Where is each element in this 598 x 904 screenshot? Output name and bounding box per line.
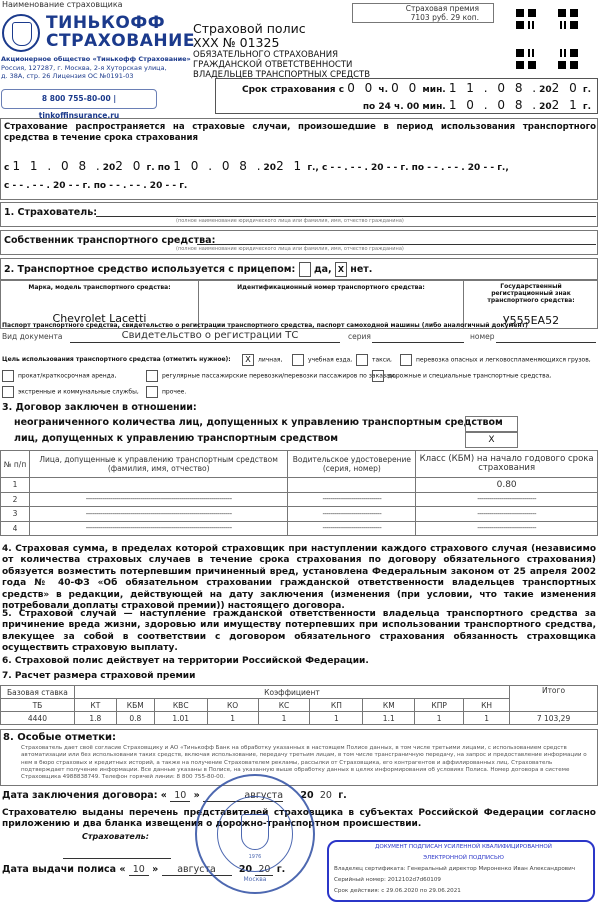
coat-of-arms-icon	[241, 814, 269, 850]
contract-year[interactable]: 20	[317, 790, 335, 801]
driver-license[interactable]: -----------------------------	[288, 521, 416, 536]
doc-type-value: Свидетельство о регистрации ТС	[100, 330, 320, 341]
insurant-hint: (полное наименование юридического лица и…	[176, 218, 404, 224]
policy-subtitle-1: ОБЯЗАТЕЛЬНОГО СТРАХОВАНИЯ	[193, 50, 370, 60]
year-unit: г.	[338, 790, 347, 801]
driver-name[interactable]: ----------------------------------------…	[29, 492, 288, 507]
term-start-date: 1 1 . 0 8 .	[449, 81, 539, 95]
esign-owner: Владелец сертификата: Генеральный директ…	[334, 864, 593, 875]
year-prefix: 20	[103, 163, 116, 173]
contract-date-label: Дата заключения договора: «	[2, 790, 167, 801]
driver-name[interactable]: ----------------------------------------…	[29, 507, 288, 522]
driver-kbm[interactable]: 0.80	[416, 478, 598, 493]
row-number: 3	[1, 507, 30, 522]
insurant-section: 1. Страхователь: (полное наименование юр…	[0, 202, 598, 227]
coefficient-header: Коэффициент	[74, 686, 509, 699]
company-name: Акционерное общество «Тинькофф Страхован…	[1, 55, 191, 64]
series-field[interactable]	[372, 342, 464, 343]
doc-type-label: Вид документа	[2, 332, 62, 341]
base-rate-header: Базовая ставка	[1, 686, 75, 699]
special-notes-text: Страхователь дает своё согласие Страховщ…	[21, 745, 593, 781]
trailer-section: 2. Транспортное средство используется с …	[0, 258, 598, 280]
checkbox[interactable]	[372, 370, 384, 382]
purpose-option-dangerous[interactable]: перевозка опасных и легковоспламеняющихс…	[400, 354, 591, 366]
term-start-year: 2 0	[552, 81, 580, 95]
vehicle-plate-cell: Государственный регистрационный знак тра…	[464, 281, 598, 328]
stamp-city: Москва	[197, 876, 313, 883]
total-header: Итого	[510, 686, 598, 712]
row-number: 2	[1, 492, 30, 507]
purpose-option-passenger[interactable]: регулярные пассажирские перевозки/перево…	[146, 370, 396, 382]
option-label: прочее.	[162, 389, 186, 396]
insurant-field[interactable]	[96, 216, 596, 217]
issue-date-label: Дата выдачи полиса «	[2, 864, 125, 875]
trailer-yes-checkbox[interactable]	[299, 262, 311, 277]
logo-line-2: СТРАХОВАНИЕ	[46, 32, 195, 50]
logo-line-1: ТИНЬКОФФ	[46, 14, 195, 32]
trailer-no-checkbox[interactable]: X	[335, 262, 347, 277]
value-cell: 1	[207, 712, 258, 725]
special-notes-section: 8. Особые отметки: Страхователь дает сво…	[0, 729, 598, 786]
value-cell: 1.01	[154, 712, 207, 725]
period-to-date: 1 0 . 0 8 .	[173, 159, 263, 173]
table-row: 3 --------------------------------------…	[1, 507, 598, 522]
purpose-option-personal[interactable]: Xличная,	[242, 354, 282, 366]
hours-unit: ч.	[378, 85, 388, 95]
calc-values-row: 4440 1.8 0.8 1.01 1 1 1 1.1 1 1 7 103,29	[1, 712, 598, 725]
option-label: дорожные и специальные транспортные сред…	[388, 373, 551, 380]
usage-period-line-1: с 1 1 . 0 8 .202 0 г. по 1 0 . 0 8 .202 …	[4, 159, 509, 173]
value-cell: 1.8	[74, 712, 116, 725]
electronic-signature-box: ДОКУМЕНТ ПОДПИСАН УСИЛЕННОЙ КВАЛИФИЦИРОВ…	[327, 840, 595, 902]
premium-calculation-table: Базовая ставка Коэффициент Итого ТБ КТ К…	[0, 685, 598, 725]
section-3-title: 3. Договор заключен в отношении:	[2, 402, 197, 413]
checkbox[interactable]	[356, 354, 368, 366]
trailer-no-label: нет.	[350, 264, 372, 275]
year-unit: г.	[583, 102, 591, 112]
period-to-year: 2 1	[276, 159, 304, 173]
total-value: 7 103,29	[510, 712, 598, 725]
driver-name[interactable]	[29, 478, 288, 493]
usage-period-section: Страхование распространяется на страховы…	[0, 118, 598, 200]
insurant-signature-field[interactable]	[63, 858, 171, 859]
owner-section: Собственник транспортного средства: (пол…	[0, 230, 598, 255]
year-prefix: 20	[539, 85, 552, 95]
policy-subtitle: ОБЯЗАТЕЛЬНОГО СТРАХОВАНИЯ ГРАЖДАНСКОЙ ОТ…	[193, 50, 370, 80]
contact-phone-site[interactable]: 8 800 755-80-00 | tinkoffinsurance.ru	[1, 89, 157, 109]
term-end-date: 1 0 . 0 8 .	[449, 98, 539, 112]
usage-period-line-2: с - - . - - . 20 - - г. по - - . - - . 2…	[4, 181, 187, 191]
vehicle-doc-caption: Паспорт транспортного средства, свидетел…	[2, 322, 528, 329]
vehicle-make-cell: Марка, модель транспортного средства: Ch…	[1, 281, 199, 328]
number-field[interactable]	[496, 342, 596, 343]
purpose-option-special[interactable]: дорожные и специальные транспортные сред…	[372, 370, 551, 382]
column-header: КВС	[154, 699, 207, 712]
column-header: КО	[207, 699, 258, 712]
special-notes-title: 8. Особые отметки:	[3, 732, 116, 743]
calc-header-row: Базовая ставка Коэффициент Итого	[1, 686, 598, 699]
limited-drivers-checkbox[interactable]: X	[465, 432, 518, 448]
company-logo: ТИНЬКОФФ СТРАХОВАНИЕ	[46, 14, 195, 50]
checkbox[interactable]	[292, 354, 304, 366]
usage-period-text: Страхование распространяется на страховы…	[4, 122, 596, 144]
term-label: Срок страхования с	[242, 85, 344, 95]
driver-name[interactable]: ----------------------------------------…	[29, 521, 288, 536]
option-label: учебная езда,	[308, 357, 352, 364]
unlimited-drivers-checkbox[interactable]	[465, 416, 518, 432]
driver-license[interactable]	[288, 478, 416, 493]
premium-label: Страховая премия	[353, 4, 479, 13]
contract-day[interactable]: 10	[170, 790, 190, 802]
driver-kbm[interactable]: -----------------------------	[416, 507, 598, 522]
purpose-option-emergency[interactable]: экстренные и коммунальные службы,	[2, 386, 139, 398]
value-cell: 1.1	[363, 712, 415, 725]
vehicle-vin-cell: Идентификационный номер транспортного ср…	[199, 281, 464, 328]
term-start: Срок страхования с 0 0 ч. 0 0 мин. 1 1 .…	[242, 81, 591, 95]
insurance-term-box: Срок страхования с 0 0 ч. 0 0 мин. 1 1 .…	[215, 78, 598, 114]
purpose-option-rental[interactable]: прокат/краткосрочная аренда,	[2, 370, 116, 382]
qr-code-icon	[558, 9, 578, 29]
term-end-prefix: по 24 ч. 00 мин.	[363, 102, 446, 112]
option-label: регулярные пассажирские перевозки/перево…	[162, 373, 396, 380]
row-number: 4	[1, 521, 30, 536]
value-cell: 0.8	[116, 712, 154, 725]
qr-code-icon	[516, 49, 536, 69]
period-from-year: 2 0	[115, 159, 143, 173]
checkbox[interactable]	[146, 370, 158, 382]
column-header: КН	[464, 699, 510, 712]
term-start-hours: 0 0	[347, 81, 375, 95]
number-label: номер	[470, 332, 495, 341]
term-end-year: 2 1	[552, 98, 580, 112]
table-row: 2 --------------------------------------…	[1, 492, 598, 507]
year-prefix: 20	[264, 163, 277, 173]
section-6-text: 6. Страховой полис действует на территор…	[2, 656, 596, 667]
doc-type-field[interactable]	[70, 342, 340, 343]
value-cell: 1	[258, 712, 310, 725]
column-header: № п/п	[1, 451, 30, 478]
qr-code-icon	[558, 49, 578, 69]
esign-title-2: ЭЛЕКТРОННОЙ ПОДПИСЬЮ	[334, 853, 593, 864]
year-unit: г.	[583, 85, 591, 95]
value-cell: 4440	[1, 712, 75, 725]
quote-close: »	[194, 790, 200, 801]
company-info: Акционерное общество «Тинькофф Страхован…	[1, 55, 191, 81]
column-header: КС	[258, 699, 310, 712]
calc-columns-row: ТБ КТ КБМ КВС КО КС КП КМ КПР КН	[1, 699, 598, 712]
unlimited-drivers-label: неограниченного количества лиц, допущенн…	[14, 417, 503, 428]
year-prefix: 20	[539, 102, 552, 112]
esign-validity: Срок действия: с 29.06.2020 по 29.06.202…	[334, 886, 593, 897]
table-row: 1 0.80	[1, 478, 598, 493]
driver-kbm[interactable]: -----------------------------	[416, 492, 598, 507]
purpose-option-training[interactable]: учебная езда,	[292, 354, 352, 366]
period-from-date: 1 1 . 0 8 .	[12, 159, 102, 173]
stamp-year: 1976	[197, 854, 313, 860]
company-address-1: Россия, 127287, г. Москва, 2-я Хуторская…	[1, 64, 191, 73]
issue-day[interactable]: 10	[129, 864, 149, 876]
option-label: такси,	[372, 357, 392, 364]
from-label: с	[4, 163, 9, 173]
term-start-minutes: 0 0	[391, 81, 419, 95]
column-header: ТБ	[1, 699, 75, 712]
option-label: перевозка опасных и легковоспламеняющихс…	[416, 357, 591, 364]
column-header: Лица, допущенные к управлению транспортн…	[29, 451, 288, 478]
drivers-table: № п/п Лица, допущенные к управлению тран…	[0, 450, 598, 536]
policy-number: ХХХ № 01325	[193, 36, 306, 50]
trailer-row: 2. Транспортное средство используется с …	[4, 262, 372, 277]
table-row: 4 --------------------------------------…	[1, 521, 598, 536]
value-cell: 1	[464, 712, 510, 725]
trailer-yes-label: да,	[314, 264, 332, 275]
checkbox[interactable]: X	[242, 354, 254, 366]
tinkoff-emblem-icon	[2, 14, 40, 52]
checkbox[interactable]	[2, 386, 14, 398]
vehicle-doc-row: Вид документа	[2, 332, 62, 341]
section-4-text: 4. Страховая сумма, в пределах которой с…	[2, 544, 596, 612]
section-7-title: 7. Расчет размера страховой премии	[2, 671, 596, 682]
driver-license[interactable]: -----------------------------	[288, 492, 416, 507]
vehicle-vin-label: Идентификационный номер транспортного ср…	[199, 281, 463, 291]
checkbox[interactable]	[400, 354, 412, 366]
premium-value: 7103 руб. 29 коп.	[353, 13, 479, 22]
insurant-label: 1. Страхователь:	[4, 207, 97, 218]
column-header: КМ	[363, 699, 415, 712]
insurant-signature-label: Страхователь:	[82, 832, 149, 841]
column-header: Водительское удостоверение (серия, номер…	[288, 451, 416, 478]
limited-drivers-label: лиц, допущенных к управлению транспортны…	[14, 433, 338, 444]
esign-title-1: ДОКУМЕНТ ПОДПИСАН УСИЛЕННОЙ КВАЛИФИЦИРОВ…	[334, 842, 593, 853]
trailer-label: 2. Транспортное средство используется с …	[4, 264, 295, 275]
checkbox[interactable]	[146, 386, 158, 398]
drivers-table-header: № п/п Лица, допущенные к управлению тран…	[1, 451, 598, 478]
to-label: г. по	[147, 163, 171, 173]
driver-kbm[interactable]: -----------------------------	[416, 521, 598, 536]
option-label: прокат/краткосрочная аренда,	[18, 373, 116, 380]
policy-title-text: Страховой полис	[193, 22, 306, 36]
purpose-label: Цель использования транспортного средств…	[2, 356, 231, 363]
checkbox[interactable]	[2, 370, 14, 382]
minutes-unit: мин.	[422, 85, 445, 95]
row-number: 1	[1, 478, 30, 493]
column-header: КПР	[415, 699, 464, 712]
purpose-option-other[interactable]: прочее.	[146, 386, 186, 398]
column-header: КП	[310, 699, 363, 712]
owner-field[interactable]	[197, 244, 596, 245]
term-end: по 24 ч. 00 мин. 1 0 . 0 8 .202 1 г.	[363, 98, 591, 112]
option-label: личная,	[258, 357, 282, 364]
series-label: серия	[348, 332, 371, 341]
qr-code-icon	[516, 9, 536, 29]
column-header: Класс (КБМ) на начало годового срока стр…	[416, 451, 598, 478]
company-stamp-icon: 1976 Москва	[195, 774, 315, 894]
premium-box: Страховая премия 7103 руб. 29 коп.	[352, 3, 494, 23]
value-cell: 1	[415, 712, 464, 725]
quote-close: »	[152, 864, 158, 875]
vehicle-make-label: Марка, модель транспортного средства:	[1, 281, 198, 291]
driver-license[interactable]: -----------------------------	[288, 507, 416, 522]
empty-periods: г., с - - . - - . 20 - - г. по - - . - -…	[307, 163, 508, 173]
column-header: КБМ	[116, 699, 154, 712]
company-address-2: д. 38А, стр. 26 Лицензия ОС №0191-03	[1, 72, 191, 81]
owner-label: Собственник транспортного средства:	[4, 235, 215, 246]
insurer-caption: Наименование страховщика	[2, 0, 123, 9]
option-label: экстренные и коммунальные службы,	[18, 389, 139, 396]
column-header: КТ	[74, 699, 116, 712]
owner-hint: (полное наименование юридического лица и…	[176, 246, 404, 252]
esign-serial: Серийный номер: 2012102d7d60109	[334, 875, 593, 886]
value-cell: 1	[310, 712, 363, 725]
policy-title: Страховой полис ХХХ № 01325	[193, 22, 306, 50]
purpose-option-taxi[interactable]: такси,	[356, 354, 392, 366]
purpose-row-1: Цель использования транспортного средств…	[2, 356, 231, 363]
vehicle-plate-label: Государственный регистрационный знак тра…	[464, 281, 598, 304]
policy-subtitle-2: ГРАЖДАНСКОЙ ОТВЕТСТВЕННОСТИ	[193, 60, 370, 70]
section-5-text: 5. Страховой случай — наступление гражда…	[2, 609, 596, 655]
